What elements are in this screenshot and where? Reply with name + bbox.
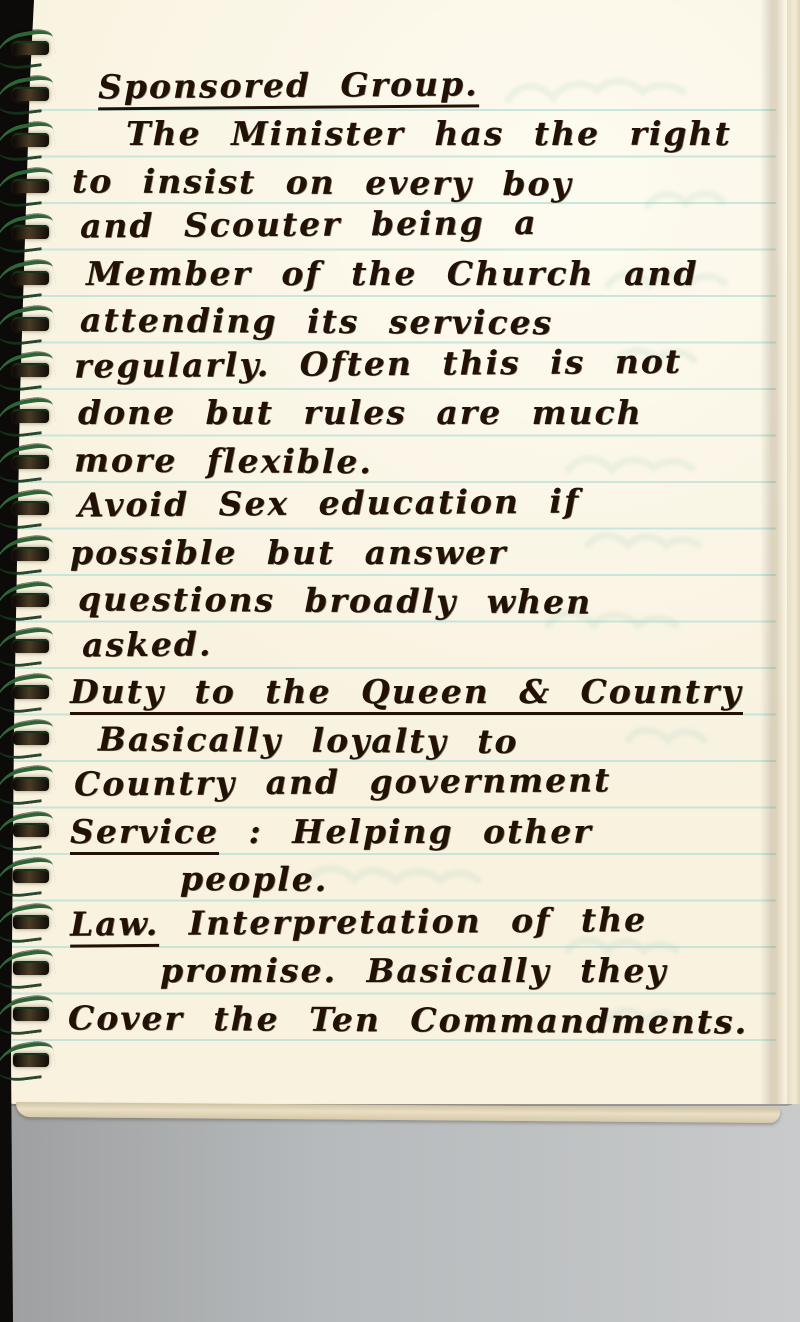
scanned-notebook-photo: Sponsored Group.The Minister has the rig… — [0, 0, 800, 1322]
spiral-coil — [0, 258, 74, 304]
handwritten-line: and Scouter being a — [16, 198, 780, 250]
spiral-coil — [0, 120, 74, 166]
spiral-coil — [0, 534, 74, 580]
handwritten-line: Avoid Sex education if — [16, 477, 780, 529]
handwritten-line: Cover the Ten Commandments. — [16, 995, 780, 1046]
handwritten-line: Sponsored Group. — [16, 59, 780, 111]
spiral-coil — [0, 74, 74, 120]
spiral-coil — [0, 304, 74, 350]
spiral-coil — [0, 902, 74, 948]
spiral-coil — [0, 580, 74, 626]
handwritten-line: Country and government — [16, 756, 780, 808]
handwritten-line: possible but answer — [16, 530, 780, 577]
handwritten-line: Service : Helping other — [16, 809, 780, 856]
handwritten-line: promise. Basically they — [16, 948, 780, 995]
spiral-coil — [0, 488, 74, 534]
spiral-coil — [0, 718, 74, 764]
page-right-crease — [760, 0, 786, 1104]
handwritten-notes: Sponsored Group.The Minister has the rig… — [16, 65, 780, 1042]
spiral-coil — [0, 212, 74, 258]
spiral-coil — [0, 810, 74, 856]
spiral-coil — [0, 672, 74, 718]
spiral-coil — [0, 396, 74, 442]
handwritten-line: done but rules are much — [16, 390, 780, 437]
spiral-coil — [0, 856, 74, 902]
spiral-coil — [0, 994, 74, 1040]
spiral-coil — [0, 166, 74, 212]
handwritten-line: Member of the Church and — [16, 251, 780, 298]
handwritten-line: regularly. Often this is not — [16, 338, 780, 390]
spiral-coil — [0, 626, 74, 672]
handwritten-line: asked. — [16, 617, 780, 669]
handwritten-line: Law. Interpretation of the — [16, 896, 780, 948]
spiral-coil — [0, 948, 74, 994]
spiral-coil — [0, 28, 74, 74]
spiral-coil — [0, 764, 74, 810]
spiral-coil — [0, 1040, 74, 1086]
page-stack-right-edge — [787, 0, 800, 1104]
page-stack-bottom-edge — [16, 1102, 780, 1123]
handwritten-line: The Minister has the right — [16, 111, 780, 158]
spiral-coil — [0, 350, 74, 396]
handwritten-line: Duty to the Queen & Country — [16, 669, 780, 716]
notebook-page: Sponsored Group.The Minister has the rig… — [8, 0, 800, 1104]
spiral-coil — [0, 442, 74, 488]
